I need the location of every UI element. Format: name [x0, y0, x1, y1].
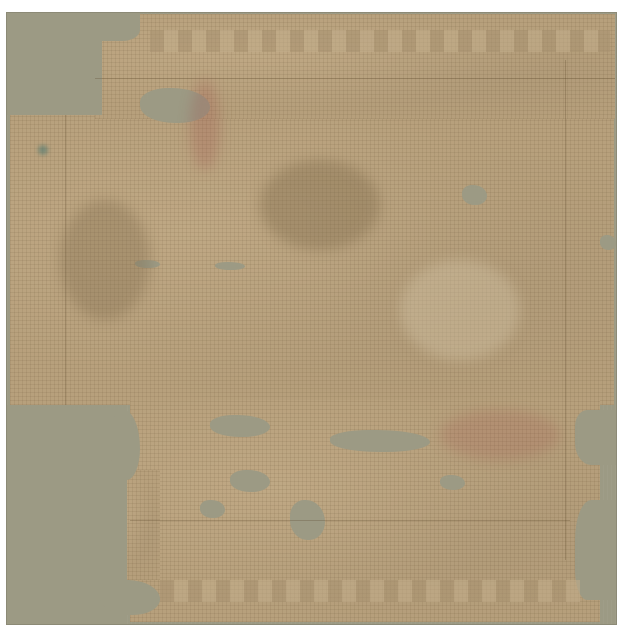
red-tint: [440, 410, 560, 460]
panel-seam: [565, 60, 566, 560]
loss-right-3: [600, 235, 616, 250]
light-patch: [400, 260, 520, 360]
panel-seam: [95, 78, 615, 79]
dark-stain: [60, 200, 150, 320]
bottom-triangle-border: [160, 580, 580, 602]
loss-upper-center: [462, 185, 487, 205]
loss-top-left-notch: [95, 13, 140, 41]
loss-center-5: [200, 500, 225, 518]
loss-center-3: [230, 470, 270, 492]
loss-center-2: [330, 430, 430, 452]
top-triangle-border: [150, 30, 610, 52]
panel-seam: [130, 520, 570, 521]
loss-right-1: [575, 410, 616, 465]
red-tint: [190, 80, 220, 170]
loss-left-bottom: [100, 580, 160, 615]
dark-stain: [260, 160, 380, 250]
loss-left-mid-2: [215, 262, 245, 270]
loss-right-2: [575, 500, 616, 600]
loss-center-6: [440, 475, 465, 490]
loss-top-left: [7, 13, 102, 115]
teal-spot: [38, 145, 48, 155]
loss-center-1: [210, 415, 270, 437]
